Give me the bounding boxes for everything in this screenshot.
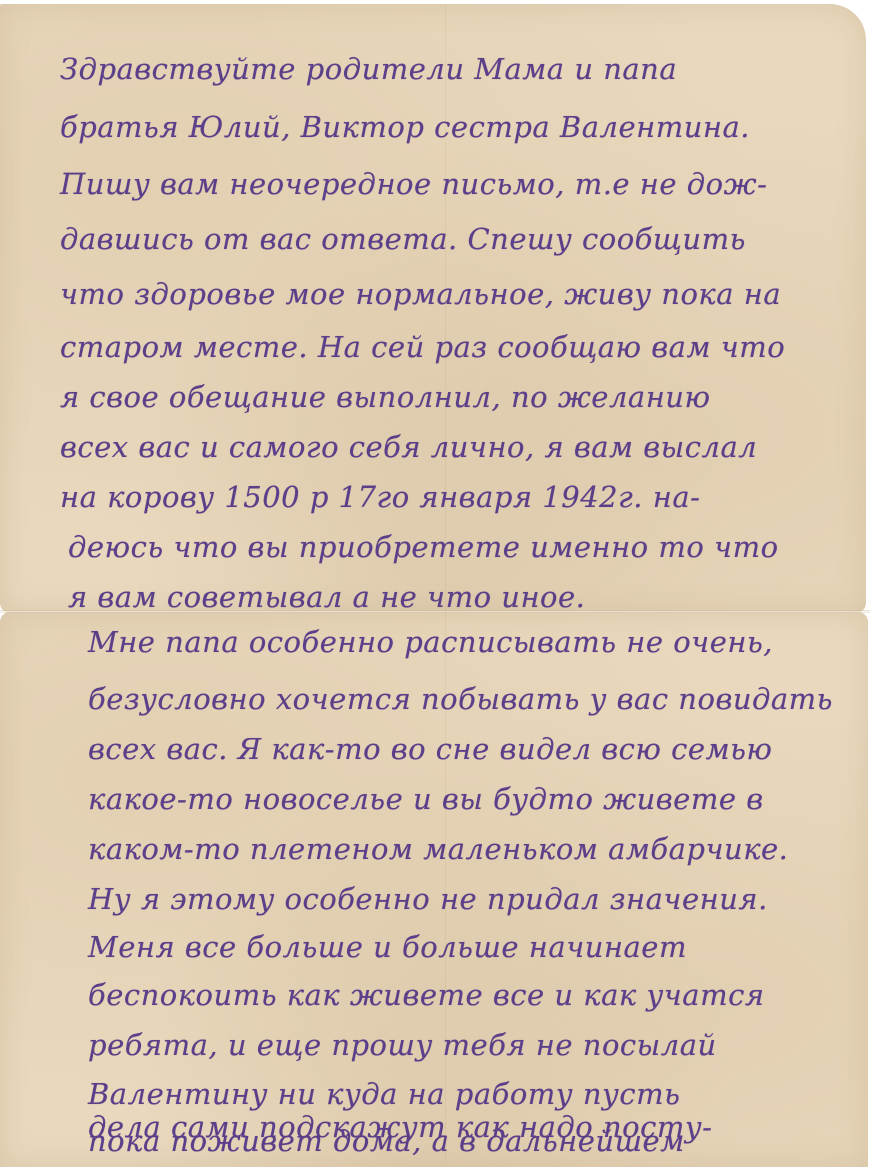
text-line-2: братья Юлий, Виктор сестра Валентина. [60, 110, 750, 160]
text-line-19: беспокоить как живете все и как учатся [88, 978, 765, 1028]
text-line-7: я свое обещание выполнил, по желанию [60, 380, 711, 430]
text-line-8: всех вас и самого себя лично, я вам высл… [60, 430, 757, 480]
text-line-23: дела сами подскажут как надо посту- [88, 1110, 712, 1160]
text-line-12: Мне папа особенно расписывать не очень, [88, 625, 773, 675]
letter-scan: Здравствуйте родители Мама и папа братья… [0, 0, 875, 1167]
text-line-9: на корову 1500 р 17го января 1942г. на- [60, 480, 700, 530]
text-line-16: каком-то плетеном маленьком амбарчике. [88, 832, 788, 882]
text-line-1: Здравствуйте родители Мама и папа [60, 52, 677, 102]
text-line-6: старом месте. На сей раз сообщаю вам что [60, 330, 785, 380]
text-line-11: я вам советывал а не что иное. [68, 580, 585, 630]
text-line-14: всех вас. Я как-то во сне видел всю семь… [88, 732, 772, 782]
text-line-13: безусловно хочется побывать у вас повида… [88, 682, 833, 732]
text-line-18: Меня все больше и больше начинает [88, 930, 687, 980]
text-line-3: Пишу вам неочередное письмо, т.е не дож- [60, 167, 767, 217]
text-line-17: Ну я этому особенно не придал значения. [88, 882, 768, 932]
text-line-5: что здоровье мое нормальное, живу пока н… [60, 277, 781, 327]
text-line-4: давшись от вас ответа. Спешу сообщить [60, 222, 746, 272]
text-line-20: ребята, и еще прошу тебя не посылай [88, 1028, 717, 1078]
text-line-15: какое-то новоселье и вы будто живете в [88, 782, 764, 832]
text-line-10: деюсь что вы приобретете именно то что [68, 530, 779, 580]
